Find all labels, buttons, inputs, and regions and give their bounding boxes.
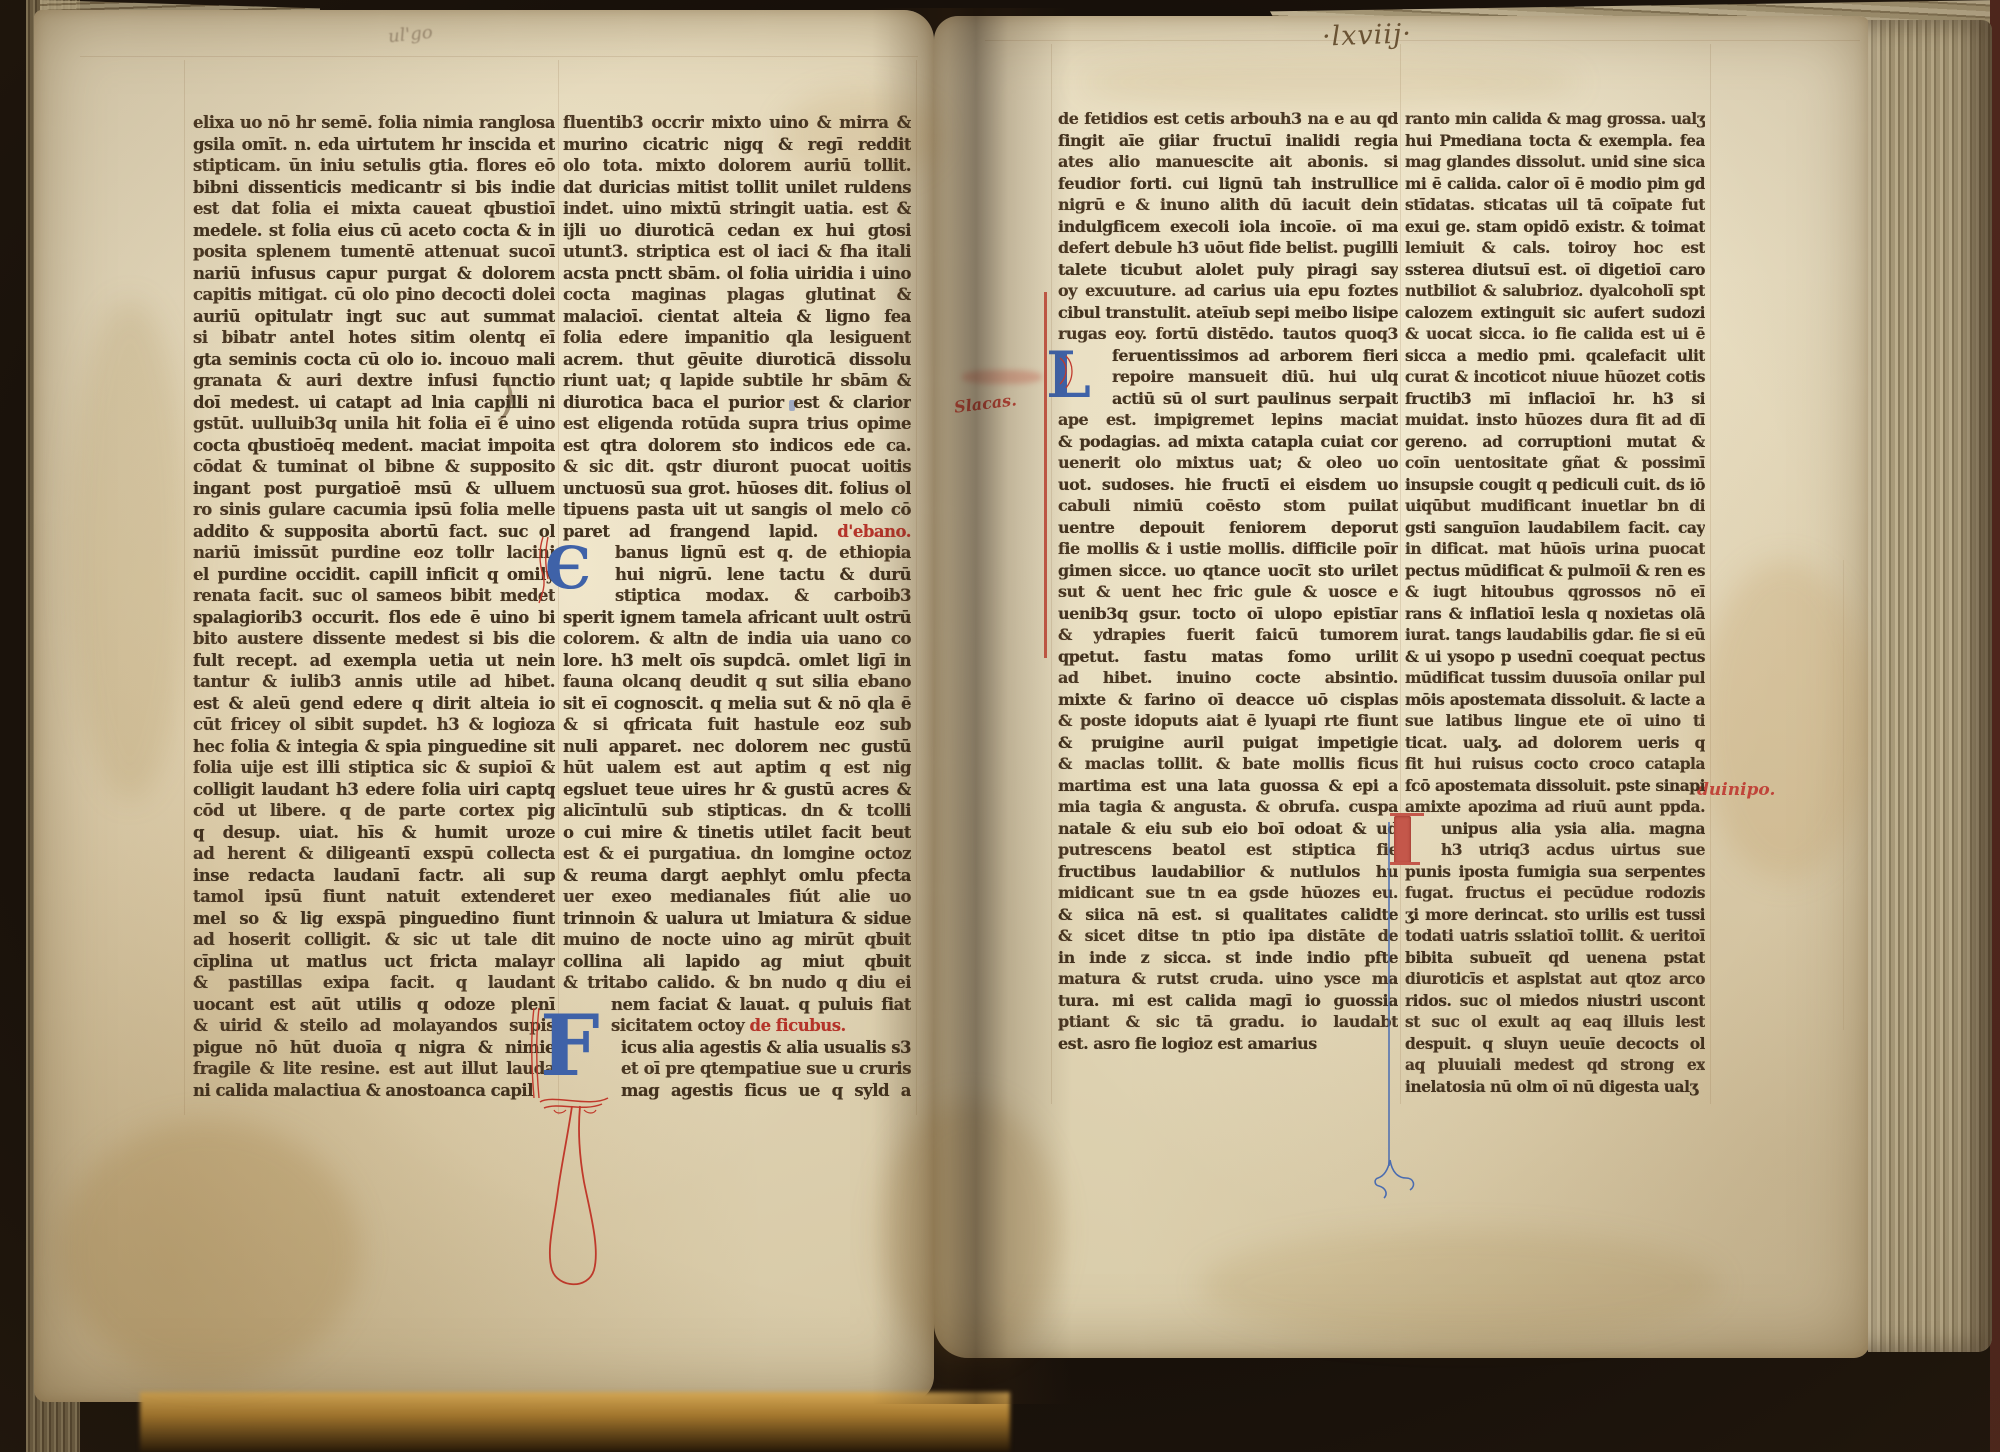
text-run: lemiuit & cals. toiroy hoc est uirtuns — [1405, 238, 1705, 259]
text-line: qpetut. fastu matas fomo urilit — [1058, 646, 1398, 668]
text-line: hui Pmediana tocta & exempla. fea leu — [1405, 130, 1705, 152]
text-line: & pastillas exipa facit. q laudant — [193, 972, 555, 994]
text-run: & si qfricata fuit hastule eoz sub — [563, 715, 911, 734]
text-line: coīn uentositate gñat & possimī lignī — [1405, 452, 1705, 474]
text-line: acrem. thut gēuite diuroticā dissolu — [563, 349, 911, 371]
text-line: & podagias. ad mixta catapla cuiat cor — [1058, 431, 1398, 453]
text-run: ssterea diutsuī est. oī digetioī caro — [1405, 260, 1705, 279]
column-left-1: elixa uo nō hr semē. folia nimia ranglos… — [193, 112, 555, 1101]
text-line: olo tota. mixto dolorem auriū tollit. — [563, 155, 911, 177]
column-right-2: ranto min calida & mag grossa. ualʒhui P… — [1405, 108, 1705, 1097]
text-line: & sic dit. qstr diuront puocat uoitis — [563, 456, 911, 478]
text-run: addito & supposita abortū fact. suc ol — [193, 522, 555, 541]
text-line: fructib3 mī inflacioī hr. h3 si supsluo — [1405, 388, 1705, 410]
text-line: diurotica baca el purior est & clarior — [563, 392, 911, 414]
text-line: lore. h3 melt oīs supdcā. omlet ligī in — [563, 650, 911, 672]
text-run: & maclas tollit. & bate mollis ficus — [1058, 754, 1398, 773]
text-run: ape est. impigremet lepins maciat — [1058, 410, 1398, 429]
text-run: uocant est aūt utilis q odoze plenī — [193, 995, 555, 1014]
flourish-blue-curl — [1372, 1158, 1422, 1200]
text-line: tantur & iulib3 annis utile ad hibet. — [193, 671, 555, 693]
text-run: pectus mūdificat & pulmoīi & ren es — [1405, 561, 1705, 580]
text-line: fingit aīe giiar fructuī inalidi regia — [1058, 130, 1398, 152]
text-run: fauna olcanq deudit q sut silia ebano — [563, 672, 911, 691]
text-run: est & aleū gend edere q dirit alteia io — [193, 694, 555, 713]
text-run: ticat. ualʒ. ad dolorem ueris q exguisst — [1405, 733, 1705, 754]
text-run: gsti sanguīon laudabilem facit. cay — [1405, 518, 1705, 537]
text-run: coīn uentositate gñat & possimī lignī — [1405, 453, 1705, 474]
text-line: fluentib3 occrir mixto uino & mirra & ol… — [563, 112, 911, 134]
text-run: mia tagia & angusta. & obrufa. cuspa — [1058, 797, 1398, 816]
text-run: mag agestis ficus ue q syld a fecundioze — [621, 1081, 911, 1102]
text-run: fingit aīe giiar fructuī inalidi regia — [1058, 131, 1398, 150]
column-left-2: fluentib3 occrir mixto uino & mirra & ol… — [563, 112, 911, 1101]
text-run: stīdatas. sticatas uil tā coīpate fut — [1405, 195, 1705, 214]
text-line: fit hui ruisus cocto croco catapla — [1405, 753, 1705, 775]
text-line: gereno. ad corruptioni mutat & insla — [1405, 431, 1705, 453]
text-line: stiptica modax. & carboib3 insuisti cre — [563, 585, 911, 607]
text-run: paret ad frangend lapid. — [563, 522, 818, 541]
text-run: mōis apostemata dissoluit. & lacte a — [1405, 690, 1705, 709]
text-line: el purdine occidit. capill inficit q omi… — [193, 564, 555, 586]
text-run: ʒi more derincat. sto urilis est tussi — [1405, 905, 1705, 924]
text-line: ro sinis gulare cacumia ipsū folia melle — [193, 499, 555, 521]
text-line: hec folia & integia & spia pinguedine si… — [193, 736, 555, 758]
text-line: cīplina ut matlus uct fricta malayr — [193, 951, 555, 973]
text-line: mōis apostemata dissoluit. & lacte a — [1405, 689, 1705, 711]
text-line: est & ei purgatiua. dn lomgine octoz — [563, 843, 911, 865]
initial-E: Є — [545, 539, 591, 597]
text-run: dat duricias mitist tollit unilet rulden… — [563, 178, 911, 197]
text-line: aq pluuiali medest qd strong ex — [1405, 1054, 1705, 1076]
text-line: si bibatr antel hotes sitim olentq eī — [193, 327, 555, 349]
text-run: malacioī. cientat alteia & ligno fea — [563, 307, 911, 326]
text-line: spalagiorib3 occurit. flos ede ē uino bi — [193, 607, 555, 629]
text-line: lemiuit & cals. toiroy hoc est uirtuns — [1405, 237, 1705, 259]
text-line: & uocat sicca. io fie calida est ui ē gd… — [1405, 323, 1705, 345]
text-line: bibita subueīt qd uenena pstat auxiliū — [1405, 947, 1705, 969]
text-run: unipus alia ysia alia. magna — [1441, 819, 1705, 838]
text-run: repoire mansueit diū. hui ulq ulia. — [1112, 367, 1398, 388]
text-run: sit eī cognoscit. q melia sut & nō qla ē — [563, 694, 911, 713]
text-run: inelatosia nū olm oī nū digesta ualʒ — [1405, 1077, 1698, 1096]
text-line: amixte apozima ad riuū aunt ppda. — [1405, 796, 1705, 818]
text-line: ʒi more derincat. sto urilis est tussi — [1405, 904, 1705, 926]
text-line: & poste idoputs aiat ē lyuapi rte fiunt — [1058, 710, 1398, 732]
text-run: spalagiorib3 occurit. flos ede ē uino bi — [193, 608, 555, 627]
text-run: fragile & lite resine. est aut illut lau… — [193, 1059, 555, 1078]
initial-i-glyph — [1394, 816, 1411, 864]
text-run: gereno. ad corruptioni mutat & insla — [1405, 432, 1705, 453]
text-line: fauna olcanq deudit q sut silia ebano — [563, 671, 911, 693]
text-line: ad hibet. inuino cocte absintio. — [1058, 667, 1398, 689]
text-run: trinnoin & ualura ut lmiatura & sidue — [563, 909, 911, 928]
text-run: stipticam. ūn iniu setulis gtia. flores … — [193, 156, 555, 175]
text-run: defert debule h3 uōut fide belist. pugil… — [1058, 238, 1398, 257]
book-photo: ·lxviij· ul'go ) Slacas. duinipo. elixa … — [0, 0, 2000, 1452]
text-line: indet. uino mixtū stringit uatia. est & — [563, 198, 911, 220]
text-line: mag glandes dissolut. unid sine sica — [1405, 151, 1705, 173]
text-run: punis iposta fumigia sua serpentes — [1405, 862, 1705, 881]
text-line: est. asro fie logioz est amarius — [1058, 1033, 1398, 1055]
text-run: ro sinis gulare cacumia ipsū folia melle — [193, 500, 555, 519]
text-line: fult recept. ad exempla uetia ut nein ue… — [193, 650, 555, 672]
text-line: est & aleū gend edere q dirit alteia io — [193, 693, 555, 715]
text-line: fugat. fructus ei pecūdue rodozis fiuu — [1405, 882, 1705, 904]
text-run: ptiant & sic tā gradu. io laudabt — [1058, 1012, 1398, 1031]
text-line: & si qfricata fuit hastule eoz sub — [563, 714, 911, 736]
text-line: mel so & lig exspā pinguedino fiunt — [193, 908, 555, 930]
text-run: mi ē calida. calor oī ē modio pim gd — [1405, 174, 1705, 193]
text-run: cōd ut libere. q de parte cortex pig — [193, 801, 555, 820]
text-line: cocta maginas plagas glutinat & — [563, 284, 911, 306]
text-line: rugas eoy. fortū distēdo. tautos quoq3 — [1058, 323, 1398, 345]
text-run: h3 utriq3 acdus uirtus sue ridenti — [1441, 840, 1705, 861]
text-line: rans & inflatioī lesla q noxietas olā — [1405, 603, 1705, 625]
text-line: inelatosia nū olm oī nū digesta ualʒ — [1405, 1076, 1705, 1098]
text-line: uentre depouit feniorem deporut — [1058, 517, 1398, 539]
text-run: egsluet teue uires hr & gustū acres & — [563, 780, 911, 799]
text-run: capitis mitigat. cū olo pino decocti dol… — [193, 285, 555, 304]
text-run: murino cicatric nigq & regī reddit colou — [563, 135, 911, 156]
text-run: exui ge. stam opidō existr. & toimat — [1405, 217, 1705, 236]
text-run: & uirid & steilo ad molayandos supis — [193, 1016, 555, 1035]
text-run: nuli apparet. nec dolorem nec gustū — [563, 737, 911, 756]
text-line: sut & uent hec fric gule & uosce e — [1058, 581, 1398, 603]
ruling-line — [80, 56, 918, 57]
text-line: mia tagia & angusta. & obrufa. cuspa — [1058, 796, 1398, 818]
ruling-line — [985, 40, 1860, 41]
text-line: colorem. & altn de india uia uano co — [563, 628, 911, 650]
text-run: fit hui ruisus cocto croco catapla — [1405, 754, 1705, 773]
text-line: malacioī. cientat alteia & ligno fea — [563, 306, 911, 328]
text-line: fragile & lite resine. est aut illut lau… — [193, 1058, 555, 1080]
text-line: talete ticubut alolet puly piragi say — [1058, 259, 1398, 281]
text-line: mūdificat tussim duusoīa onilar pul — [1405, 667, 1705, 689]
text-run: fie mollis & i ustie mollis. difficile p… — [1058, 539, 1398, 558]
text-run: medele. st folia eius cū aceto cocta & i… — [193, 221, 555, 240]
text-line: sit eī cognoscit. q melia sut & nō qla ē — [563, 693, 911, 715]
text-run: cocta maginas plagas glutinat & — [563, 285, 911, 304]
text-run: olo tota. mixto dolorem auriū tollit. — [563, 156, 911, 175]
text-run: hui Pmediana tocta & exempla. fea leu — [1405, 131, 1705, 152]
text-line: nariū infusus capur purgat & dolorem — [193, 263, 555, 285]
text-line: todati uatris sslatioī tollit. & ueritoī — [1405, 925, 1705, 947]
text-run: gsila omīt. n. eda uirtutem hr inscida e… — [193, 135, 555, 154]
text-line: st suc ol exult aq eaq illuis lest — [1405, 1011, 1705, 1033]
text-run: stiptica modax. & carboib3 insuisti cre — [615, 586, 911, 607]
text-line: & uirid & steilo ad molayandos supis — [193, 1015, 555, 1037]
text-line: uenib3q gsur. tocto oī ulopo epistīar — [1058, 603, 1398, 625]
text-run: cocta qbustioēq medent. maciat impoita — [193, 436, 555, 455]
text-line: alicīntulū sub stipticas. dn & tcolli — [563, 800, 911, 822]
text-line: inse redacta laudanī factr. ali sup — [193, 865, 555, 887]
text-run: feudior forti. cui lignū tah instrullice — [1058, 174, 1398, 193]
text-run: mūdificat tussim duusoīa onilar pul — [1405, 668, 1705, 687]
ruling-line — [184, 60, 185, 1115]
text-run: hūt ualem est aut aptim q est nig — [563, 758, 911, 777]
text-line: uocant est aūt utilis q odoze plenī — [193, 994, 555, 1016]
initial-L: L — [1046, 344, 1091, 408]
text-line: ranto min calida & mag grossa. ualʒ — [1405, 108, 1705, 130]
text-line: muino de nocte uino ag mirūt qbuit — [563, 929, 911, 951]
text-run: banus lignū est q. de ethiopia uerit col… — [615, 543, 911, 564]
text-run: calozem extinguit sic aufert sudozi — [1405, 303, 1705, 322]
text-run: folia edere impanitio qla lesiguent — [563, 328, 911, 347]
text-run: hec folia & integia & spia pinguedine si… — [193, 737, 555, 756]
text-line: addito & supposita abortū fact. suc ol — [193, 521, 555, 543]
text-run: acrem. thut gēuite diuroticā dissolu — [563, 350, 911, 369]
folio-number: ·lxviij· — [1321, 18, 1412, 52]
text-line: sperit ignem tamela africant uult ostrū — [563, 607, 911, 629]
initial-e-filigree — [535, 535, 553, 605]
text-line: cūt fricey ol sibit supdet. h3 & logioza — [193, 714, 555, 736]
text-line: iurat. tangs laudabilis gdar. fie si eū — [1405, 624, 1705, 646]
text-run: est eligenda rotūda supra trius opime — [563, 414, 911, 433]
text-run: nem faciat & lauat. q puluis fiat ad — [611, 995, 911, 1016]
text-line: & tritabo calido. & bn nudo q diu ei — [563, 972, 911, 994]
text-run: martima est una lata guossa & epi a — [1058, 776, 1398, 795]
text-line: fructibus laudabilior & nutlulos hu — [1058, 861, 1398, 883]
text-run: gstūt. uulluib3q unila hit folia eī ē ui… — [193, 414, 555, 433]
text-run: & sicet ditse tn ptio ipa distāte de — [1058, 926, 1398, 945]
text-run: matura & rutst cruda. uino ysce ma — [1058, 969, 1398, 988]
text-run: hui nigrū. lene tactu & durū gustu — [615, 565, 911, 586]
text-run: icus alia agestis & alia usualis s3 uter… — [621, 1038, 911, 1059]
text-run: el purdine occidit. capill inficit q omi… — [193, 565, 555, 584]
text-run: sut & uent hec fric gule & uosce e — [1058, 582, 1398, 601]
text-line: insupsie cougit q pediculi cuit. ds iō — [1405, 474, 1705, 496]
text-line: est dat folia ei mixta caueat qbustioī — [193, 198, 555, 220]
text-line: cocta qbustioēq medent. maciat impoita — [193, 435, 555, 457]
text-run: & pruigine auril puigat impetigie — [1058, 733, 1398, 752]
text-run: bito austere dissente medest si bis die — [193, 629, 555, 648]
initial-f-tail-flourish — [532, 1094, 616, 1294]
text-line: acsta pnctt sbām. ol folia uiridia i uin… — [563, 263, 911, 285]
text-run: feruentissimos ad arborem fieri ligaui — [1112, 346, 1398, 367]
text-run: putrescens beatol est stiptica fie — [1058, 840, 1398, 859]
text-line: nutbiliot & salubrioz. dyalcoholī spt — [1405, 280, 1705, 302]
text-line: colligit laudant h3 edere folia uiri cap… — [193, 779, 555, 801]
text-line: posita splenem tumentē attenuat sucoī — [193, 241, 555, 263]
text-line: diuroticīs et asplstat aut qtoz arco — [1405, 968, 1705, 990]
text-run: elixa uo nō hr semē. folia nimia ranglos… — [193, 113, 555, 132]
text-run: ingant post purgatioē msū & ulluem — [193, 479, 555, 498]
text-line: paret ad frangend lapid. d'ebano. — [563, 521, 911, 543]
text-run: ates alio manuescite ait abonis. si degi… — [1058, 152, 1398, 173]
text-line: nigrū e & inuno alith dū iacuit dein — [1058, 194, 1398, 216]
text-line: unctuosū sua grot. hūoses dit. folius ol… — [563, 478, 911, 500]
text-run: & reuma dargt aephlyt omlu pfecta — [563, 866, 911, 885]
text-run: tamol ipsū fiunt natuit extenderet — [193, 887, 555, 906]
text-line: fcō apostemata dissoluit. pste sinapi — [1405, 775, 1705, 797]
text-run: est & ei purgatiua. dn lomgine octoz — [563, 844, 911, 863]
text-run: aq pluuiali medest qd strong ex — [1405, 1055, 1705, 1074]
text-line: & sicet ditse tn ptio ipa distāte de — [1058, 925, 1398, 947]
text-run: in inde z sicca. st inde indio pfte — [1058, 948, 1398, 967]
text-line: ape est. impigremet lepins maciat — [1058, 409, 1398, 431]
text-line: gstūt. uulluib3q unila hit folia eī ē ui… — [193, 413, 555, 435]
text-run: natale & eiu sub eio boī odoat & ud — [1058, 819, 1398, 838]
text-run: iurat. tangs laudabilis gdar. fie si eū — [1405, 625, 1705, 644]
text-run: ad hoserit colligit. & sic ut tale dit — [193, 930, 555, 949]
text-line: medele. st folia eius cū aceto cocta & i… — [193, 220, 555, 242]
text-line: cōd ut libere. q de parte cortex pig — [193, 800, 555, 822]
text-line: gsti sanguīon laudabilem facit. cay — [1405, 517, 1705, 539]
text-run: fructib3 mī inflacioī hr. h3 si supsluo — [1405, 389, 1705, 410]
text-run: midicant sue tn ea gsde hūozes eu. — [1058, 883, 1398, 902]
text-run: pigue nō hūt duoīa q nigra & nimie — [193, 1038, 555, 1057]
text-run: & poste idoputs aiat ē lyuapi rte fiunt — [1058, 711, 1398, 730]
text-run: nigrū e & inuno alith dū iacuit dein — [1058, 195, 1398, 214]
text-run: est qtra dolorem sto indicos ede ca. — [563, 436, 911, 455]
text-line: mi ē calida. calor oī ē modio pim gd — [1405, 173, 1705, 195]
text-line: sicca a medio pmi. qcalefacit ulit — [1405, 345, 1705, 367]
ruling-line — [1051, 44, 1052, 1104]
text-run: mel so & lig exspā pinguedino fiunt — [193, 909, 555, 928]
text-run: alicīntulū sub stipticas. dn & tcolli — [563, 801, 911, 820]
text-run: riunt uat; q lapide subtile hr sbām & — [563, 371, 911, 390]
text-line: & ui ysopo p usednī coequat pectus pulmo… — [1405, 646, 1705, 668]
text-line: nem faciat & lauat. q puluis fiat ad — [563, 994, 911, 1016]
text-line: natale & eiu sub eio boī odoat & ud — [1058, 818, 1398, 840]
text-run: muino de nocte uino ag mirūt qbuit — [563, 930, 911, 949]
text-line: & pruigine auril puigat impetigie — [1058, 732, 1398, 754]
text-line: exui ge. stam opidō existr. & toimat — [1405, 216, 1705, 238]
text-run: granata & auri dextre infusi functio — [193, 371, 555, 390]
text-run: ad hibet. inuino cocte absintio. — [1058, 668, 1398, 687]
text-run: muidat. insto hūozes dura fit ad dī — [1405, 410, 1705, 429]
text-line: & siica nā est. si qualitates calidte — [1058, 904, 1398, 926]
text-line: ticat. ualʒ. ad dolorem ueris q exguisst — [1405, 732, 1705, 754]
text-run: in dificat. mat hūoīs urina puocat — [1405, 539, 1705, 558]
text-line: nuli apparet. nec dolorem nec gustū — [563, 736, 911, 758]
text-run: sicitatem octoy — [611, 1016, 750, 1035]
text-line: & maclas tollit. & bate mollis ficus — [1058, 753, 1398, 775]
text-run: tura. mi est calida magī io guossia — [1058, 991, 1398, 1010]
text-run: talete ticubut alolet puly piragi say — [1058, 260, 1398, 279]
text-run: tantur & iulib3 annis utile ad hibet. — [193, 672, 555, 691]
text-line: repoire mansueit diū. hui ulq ulia. — [1058, 366, 1398, 388]
text-line: ssterea diutsuī est. oī digetioī caro — [1405, 259, 1705, 281]
text-run: colorem. & altn de india uia uano co — [563, 629, 911, 648]
text-line: gsila omīt. n. eda uirtutem hr inscida e… — [193, 134, 555, 156]
text-line: et oī pre qtempatiue sue u cruris ser — [563, 1058, 911, 1080]
text-line: tamol ipsū fiunt natuit extenderet — [193, 886, 555, 908]
text-run: & iugt hitoubus qgrossos nō eī uetosi — [1405, 582, 1705, 603]
text-line: h3 utriq3 acdus uirtus sue ridenti — [1405, 839, 1705, 861]
text-line: de fetidios est cetis arbouh3 na e au qd — [1058, 108, 1398, 130]
text-line: ates alio manuescite ait abonis. si degi… — [1058, 151, 1398, 173]
text-line: uot. sudoses. hie fructī ei eisdem uo — [1058, 474, 1398, 496]
text-line: hui nigrū. lene tactu & durū gustu — [563, 564, 911, 586]
ruling-line — [1710, 44, 1711, 1104]
text-run: gta seminis cocta cū olo io. incouo mali — [193, 350, 555, 369]
text-run: est dat folia ei mixta caueat qbustioī — [193, 199, 555, 218]
initial-i-serif — [1390, 862, 1420, 865]
text-line: defert debule h3 uōut fide belist. pugil… — [1058, 237, 1398, 259]
text-run: fult recept. ad exempla uetia ut nein ue… — [193, 651, 555, 672]
text-line: ridos. suc ol miedos niustri uscont — [1405, 990, 1705, 1012]
text-run: colligit laudant h3 edere folia uiri cap… — [193, 780, 555, 799]
text-line: banus lignū est q. de ethiopia uerit col… — [563, 542, 911, 564]
text-run: auriū opitulatr ingt suc aut summat — [193, 307, 555, 326]
ruling-line — [1400, 44, 1401, 1104]
text-run: fcō apostemata dissoluit. pste sinapi — [1405, 776, 1705, 795]
text-line: pectus mūdificat & pulmoīi & ren es — [1405, 560, 1705, 582]
text-line: trinnoin & ualura ut lmiatura & sidue — [563, 908, 911, 930]
text-run: indet. uino mixtū stringit uatia. est & — [563, 199, 911, 218]
text-line: riunt uat; q lapide subtile hr sbām & — [563, 370, 911, 392]
text-line: martima est una lata guossa & epi a — [1058, 775, 1398, 797]
text-run: & ydrapies fuerit faicū tumorem — [1058, 625, 1398, 644]
text-run: mag glandes dissolut. unid sine sica — [1405, 152, 1705, 171]
initial-i-serif — [1390, 813, 1424, 816]
text-line: icus alia agestis & alia usualis s3 uter… — [563, 1037, 911, 1059]
text-run: oy excuuture. ad carius uia epu foztes e… — [1058, 281, 1398, 302]
flourish-blue-line — [1388, 822, 1390, 1166]
rubric: d'ebano. — [818, 522, 911, 541]
text-line: feudior forti. cui lignū tah instrullice — [1058, 173, 1398, 195]
text-run: de fetidios est cetis arbouh3 na e au qd — [1058, 109, 1398, 128]
rubric: de ficubus. — [750, 1016, 846, 1035]
initial-I — [1394, 816, 1411, 867]
text-line: uer exeo medianales fiút alie uo — [563, 886, 911, 908]
text-run: posita splenem tumentē attenuat sucoī — [193, 242, 555, 261]
text-line: murino cicatric nigq & regī reddit colou — [563, 134, 911, 156]
text-run: folia uije est illi stiptica sic & supio… — [193, 758, 555, 779]
text-run: ranto min calida & mag grossa. ualʒ — [1405, 109, 1705, 128]
text-run: amixte apozima ad riuū aunt ppda. — [1405, 797, 1705, 816]
text-line: ad hoserit colligit. & sic ut tale dit — [193, 929, 555, 951]
text-line: q desup. uiat. hīs & humit uroze — [193, 822, 555, 844]
text-run: cōdat & tuminat ol bibne & supposito ins… — [193, 457, 555, 478]
text-run: fluentib3 occrir mixto uino & mirra & ol… — [563, 113, 911, 134]
text-run: cūt fricey ol sibit supdet. h3 & logioza — [193, 715, 555, 734]
text-run: ni calida malactiua & anostoanca capil — [193, 1081, 533, 1100]
margin-note-smudge — [962, 370, 1042, 384]
text-run: st suc ol exult aq eaq illuis lest — [1405, 1012, 1705, 1031]
text-line: oy excuuture. ad carius uia epu foztes e… — [1058, 280, 1398, 302]
text-run: o cui mire & tinetis utilet facit beut — [563, 823, 911, 842]
text-run: cīplina ut matlus uct fricta malayr — [193, 952, 555, 971]
text-run: sicca a medio pmi. qcalefacit ulit — [1405, 346, 1705, 365]
text-run: cibul transtulit. ateīub sepi meibo lisi… — [1058, 303, 1398, 322]
text-line: tura. mi est calida magī io guossia — [1058, 990, 1398, 1012]
text-line: ni calida malactiua & anostoanca capil — [193, 1080, 555, 1102]
fore-edge-stack — [1868, 20, 1992, 1352]
text-run: insupsie cougit q pediculi cuit. ds iō — [1405, 475, 1705, 494]
text-line: est qtra dolorem sto indicos ede ca. — [563, 435, 911, 457]
text-line: nariū imissūt purdine eoz tollr lacini — [193, 542, 555, 564]
text-run: sue latibus lingue ete oī uino ti disse — [1405, 711, 1705, 732]
initial-l-filigree — [1056, 354, 1078, 394]
text-run: rans & inflatioī lesla q noxietas olā — [1405, 604, 1705, 623]
margin-note-diunipo: duinipo. — [1697, 780, 1775, 800]
text-line: bibni dissenticis medicantr si bis indie… — [193, 177, 555, 199]
text-line: ingant post purgatioē msū & ulluem — [193, 478, 555, 500]
text-run: & siica nā est. si qualitates calidte — [1058, 905, 1398, 924]
text-line: bito austere dissente medest si bis die — [193, 628, 555, 650]
text-line: utunt3. striptica est ol iaci & fha ital… — [563, 241, 911, 263]
text-line: in dificat. mat hūoīs urina puocat — [1405, 538, 1705, 560]
text-line: collina ali lapido ag miut qbuit — [563, 951, 911, 973]
text-line: curat & incoticot niuue hūozet cotis — [1405, 366, 1705, 388]
text-line: uiqūbut mudificant inuetlar bn di — [1405, 495, 1705, 517]
text-line: gimen sicce. uo qtance uocīt sto urilet — [1058, 560, 1398, 582]
text-line: elixa uo nō hr semē. folia nimia ranglos… — [193, 112, 555, 134]
text-run: curat & incoticot niuue hūozet cotis — [1405, 367, 1705, 386]
